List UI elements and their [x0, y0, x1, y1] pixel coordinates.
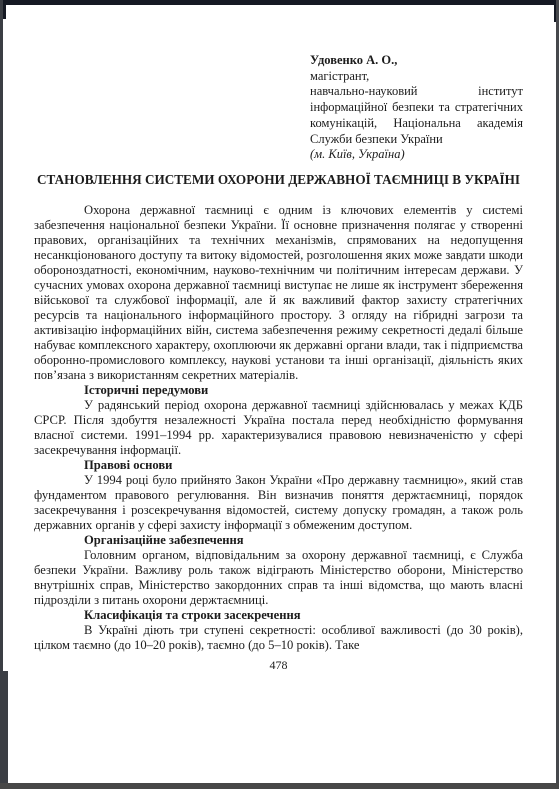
author-block: Удовенко А. О., магістрант, навчально-на…: [310, 53, 523, 163]
author-role: магістрант,: [310, 69, 523, 85]
section-heading-historical: Історичні передумови: [34, 383, 523, 398]
intro-paragraph: Охорона державної таємниці є одним із кл…: [34, 203, 523, 383]
author-location: (м. Київ, Україна): [310, 147, 523, 163]
page-number: 478: [34, 658, 523, 673]
section-paragraph-legal: У 1994 році було прийнято Закон України …: [34, 473, 523, 533]
section-heading-legal: Правові основи: [34, 458, 523, 473]
section-paragraph-organizational: Головним органом, відповідальним за охор…: [34, 548, 523, 608]
section-heading-organizational: Організаційне забезпечення: [34, 533, 523, 548]
section-paragraph-historical: У радянський період охорона державної та…: [34, 398, 523, 458]
page-edge-bottom: [0, 783, 559, 789]
author-affiliation: навчально-науковий інститут інформаційно…: [310, 84, 523, 147]
section-paragraph-classification: В Україні діють три ступені секретності:…: [34, 623, 523, 653]
document-page: Удовенко А. О., магістрант, навчально-на…: [0, 0, 559, 789]
page-content: Удовенко А. О., магістрант, навчально-на…: [34, 0, 523, 673]
author-name: Удовенко А. О.,: [310, 53, 523, 69]
page-title: СТАНОВЛЕННЯ СИСТЕМИ ОХОРОНИ ДЕРЖАВНОЇ ТА…: [34, 172, 523, 189]
page-edge-bottom-left: [0, 671, 8, 789]
section-heading-classification: Класифікація та строки засекречення: [34, 608, 523, 623]
